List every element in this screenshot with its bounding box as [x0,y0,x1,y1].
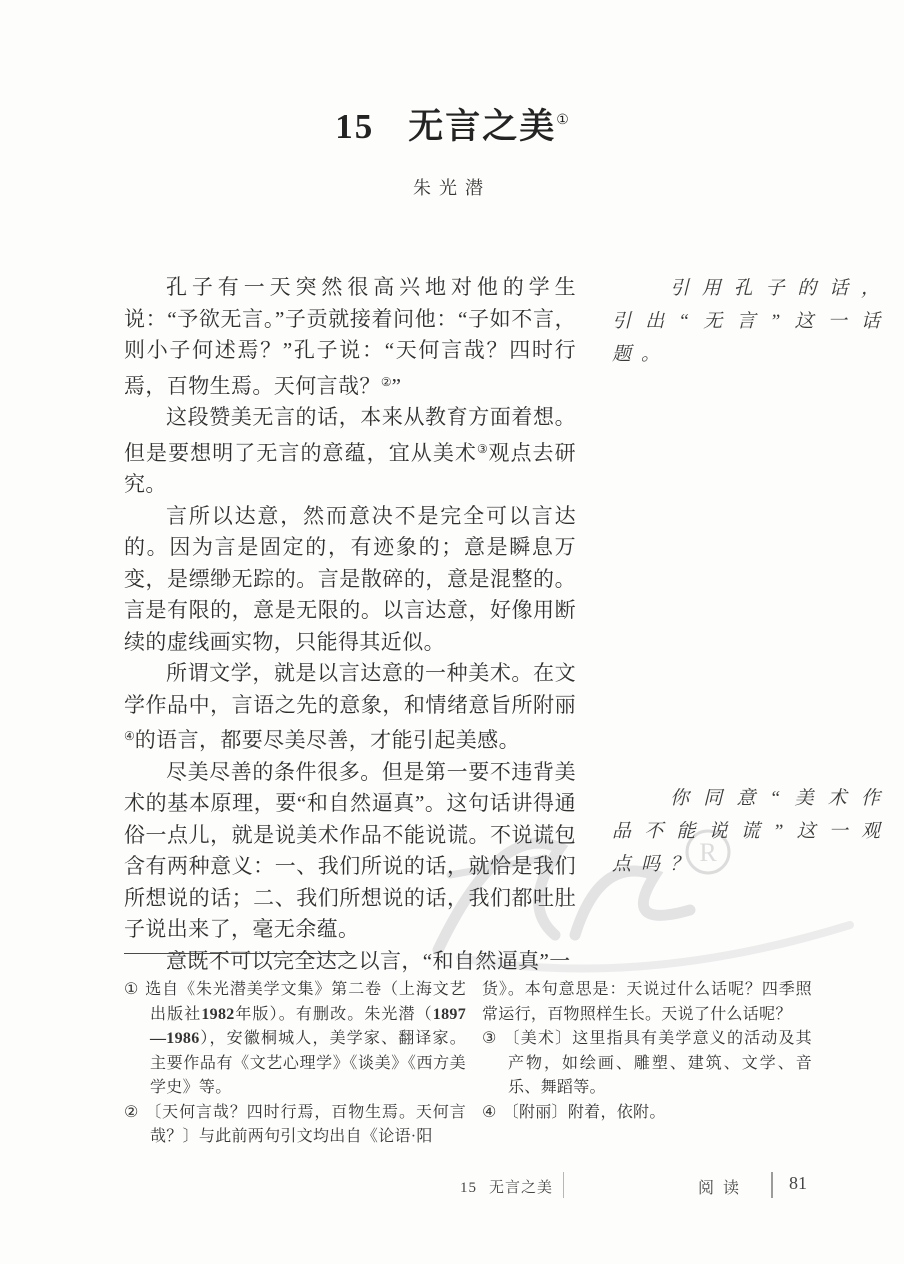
body-paragraph: 意既不可以完全达之以言，“和自然逼真”一 [124,946,576,978]
footnote-item: 货》。本句意思是：天说过什么话呢？四季照常运行，百物照样生长。天说了什么话呢？ [482,978,812,1027]
footer-divider [563,1172,564,1198]
footnote-ref: ③ [477,442,488,456]
body-paragraph: 孔子有一天突然很高兴地对他的学生说：“予欲无言。”子贡就接着问他：“子如不言，则… [124,272,576,402]
footer-page-number: 81 [789,1173,807,1194]
footnote-item: ④〔附丽〕附着，依附。 [482,1101,812,1126]
body-paragraph: 这段赞美无言的话，本来从教育方面着想。但是要想明了无言的意蕴，宜从美术③观点去研… [124,402,576,501]
margin-note-2: 你同意“美术作品不能说谎”这一观点吗？ [612,782,890,881]
body-paragraph: 尽美尽善的条件很多。但是第一要不违背美术的基本原理，要“和自然逼真”。这句话讲得… [124,757,576,946]
footnote-marker: ③ [482,1030,498,1047]
title-block: 15无言之美① 朱光潜 [0,98,904,200]
footer-section-label: 阅读 [698,1175,748,1198]
margin-note-1: 引用孔子的话，引出“无言”这一话题。 [612,272,890,371]
body-paragraph: 言所以达意，然而意决不是完全可以言达的。因为言是固定的，有迹象的；意是瞬息万变，… [124,501,576,659]
title-footnote-ref: ① [556,113,569,128]
lesson-title-text: 无言之美 [408,107,556,146]
footnote-marker: ④ [482,1104,497,1121]
footer-lesson-title: 无言之美 [489,1180,553,1196]
footer-lesson: 15无言之美 [460,1176,553,1197]
textbook-page: R 15无言之美① 朱光潜 孔子有一天突然很高兴地对他的学生说：“予欲无言。”子… [0,0,904,1264]
footnote-ref: ② [381,375,392,389]
footnote-item: ③〔美术〕这里指具有美学意义的活动及其产物，如绘画、雕塑、建筑、文学、音乐、舞蹈… [482,1027,812,1101]
author-name: 朱光潜 [0,174,904,200]
page-footer: 15无言之美 阅读 81 [0,1172,904,1200]
footer-lesson-number: 15 [460,1180,477,1196]
lesson-number: 15 [335,107,374,146]
footnote-item: ②〔天何言哉？四时行焉，百物生焉。天何言哉？〕与此前两句引文均出自《论语·阳 [124,1101,466,1150]
body-column: 孔子有一天突然很高兴地对他的学生说：“予欲无言。”子贡就接着问他：“子如不言，则… [124,272,576,977]
footer-divider [771,1172,773,1198]
page-title: 15无言之美① [0,98,904,150]
body-paragraph: 所谓文学，就是以言达意的一种美术。在文学作品中，言语之先的意象，和情绪意旨所附丽… [124,658,576,757]
footnote-marker: ① [124,981,139,998]
footnotes-right-column: 货》。本句意思是：天说过什么话呢？四季照常运行，百物照样生长。天说了什么话呢？③… [482,978,812,1125]
footnote-ref: ④ [124,729,135,743]
footnote-marker: ② [124,1104,139,1121]
footnote-item: ①选自《朱光潜美学文集》第二卷（上海文艺出版社1982年版）。有删改。朱光潜（1… [124,978,466,1101]
footnotes-left-column: ①选自《朱光潜美学文集》第二卷（上海文艺出版社1982年版）。有删改。朱光潜（1… [124,978,466,1150]
footnote-divider [124,953,352,954]
